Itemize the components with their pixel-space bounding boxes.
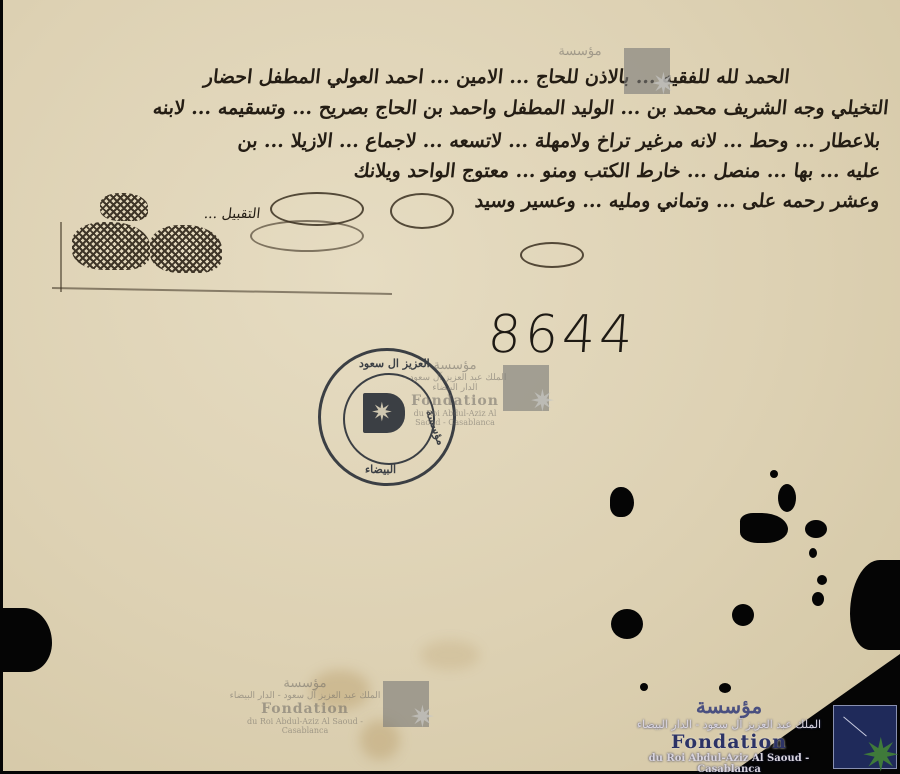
paper-hole	[770, 470, 778, 478]
seal-emblem: ✷	[363, 393, 405, 433]
archive-number: 8644	[486, 305, 639, 365]
text-line-4: عليه ... بها ... منصل ... خارط الكتب ومن…	[353, 160, 881, 182]
octagram-star-icon: ✷	[861, 732, 900, 774]
text-line-2: التخيلي وجه الشريف محمد بن ... الوليد ال…	[151, 97, 889, 119]
text-line-5: وعشر رحمه على ... وتماني ومليه ... وعسير…	[474, 190, 881, 212]
paper-hole	[809, 548, 817, 558]
paper-hole	[805, 520, 827, 538]
damaged-edge-left	[0, 608, 52, 672]
signature-scribble-top	[100, 193, 148, 221]
signature-underline	[52, 287, 392, 294]
star-icon: ✷	[371, 399, 393, 427]
foundation-name: مؤسسة الملك عبد العزيز آل سعود - الدار ا…	[630, 694, 828, 774]
signature-scribble-left	[72, 222, 150, 270]
star-icon: ✷	[530, 384, 555, 419]
damaged-edge-left-strip	[0, 0, 3, 774]
text-line-1: الحمد لله للفقيه ... بالاذن للحاج ... ال…	[203, 66, 791, 88]
signature-underline	[60, 222, 62, 292]
paper-hole	[778, 484, 796, 512]
water-stain	[420, 640, 480, 670]
paper-hole	[732, 604, 754, 626]
seal-text-bottom: البيضاء	[365, 463, 396, 476]
manuscript-page: الحمد لله للفقيه ... بالاذن للحاج ... ال…	[0, 0, 900, 774]
watermark-logo-bottom: ✷	[383, 681, 429, 727]
foundation-logo: ✷	[833, 705, 897, 769]
paper-hole	[817, 575, 827, 585]
star-icon: ✷	[410, 700, 435, 735]
text-line-3: بلاعطار ... وحط ... لانه مرغير تراخ ولام…	[236, 130, 881, 152]
paper-hole	[812, 592, 824, 606]
signature-flourish	[520, 242, 584, 268]
signature-flourish	[390, 193, 454, 229]
paper-hole	[610, 487, 634, 517]
watermark-center: مؤسسة الملك عبد العزيز آل سعود - الدار ا…	[400, 358, 510, 427]
signature-flourish	[250, 220, 364, 252]
signature-scribble-mid	[150, 225, 222, 273]
foundation-branding: مؤسسة الملك عبد العزيز آل سعود - الدار ا…	[630, 690, 900, 774]
watermark-top: مؤسسة	[520, 44, 640, 59]
paper-hole	[740, 513, 788, 543]
text-line-6: التقبيل ...	[203, 206, 261, 222]
watermark-bottom: مؤسسة الملك عبد العزيز آل سعود - الدار ا…	[225, 676, 385, 735]
watermark-logo-top: ✷	[624, 48, 670, 94]
star-icon: ✷	[651, 67, 676, 102]
watermark-logo-center: ✷	[503, 365, 549, 411]
damaged-edge-right	[850, 560, 900, 650]
paper-hole	[611, 609, 643, 639]
